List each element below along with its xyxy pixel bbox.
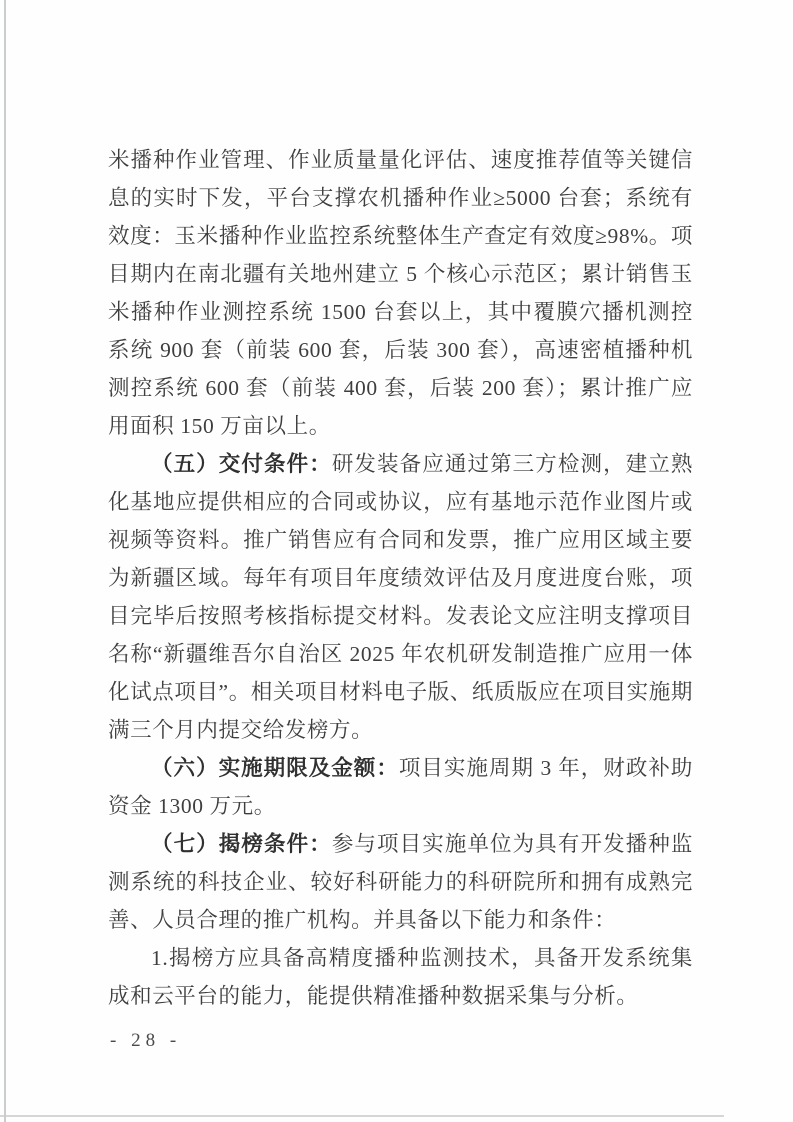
paragraph-text-run: 米播种作业管理、作业质量量化评估、速度推荐值等关键信息的实时下发，平台支撑农机播… [108,148,693,438]
document-body-text: 米播种作业管理、作业质量量化评估、速度推荐值等关键信息的实时下发，平台支撑农机播… [108,141,693,1015]
page-number: - 28 - [110,1030,181,1052]
scan-edge-bottom [0,1115,724,1117]
paragraph: 1.揭榜方应具备高精度播种监测技术，具备开发系统集成和云平台的能力，能提供精准播… [108,939,693,1015]
paragraph: （五）交付条件：研发装备应通过第三方检测，建立熟化基地应提供相应的合同或协议，应… [108,445,693,749]
paragraph-heading-run: （六）实施期限及金额： [151,756,399,780]
paragraph: （七）揭榜条件：参与项目实施单位为具有开发播种监测系统的科技企业、较好科研能力的… [108,825,693,939]
scan-edge-left [4,0,6,1122]
document-page: 米播种作业管理、作业质量量化评估、速度推荐值等关键信息的实时下发，平台支撑农机播… [0,0,793,1122]
paragraph-text-run: 1.揭榜方应具备高精度播种监测技术，具备开发系统集成和云平台的能力，能提供精准播… [108,946,693,1008]
paragraph-text-run: 研发装备应通过第三方检测，建立熟化基地应提供相应的合同或协议，应有基地示范作业图… [108,452,693,742]
paragraph-heading-run: （七）揭榜条件： [151,832,332,856]
paragraph-heading-run: （五）交付条件： [151,452,332,476]
paragraph: （六）实施期限及金额：项目实施周期 3 年，财政补助资金 1300 万元。 [108,749,693,825]
paragraph: 米播种作业管理、作业质量量化评估、速度推荐值等关键信息的实时下发，平台支撑农机播… [108,141,693,445]
